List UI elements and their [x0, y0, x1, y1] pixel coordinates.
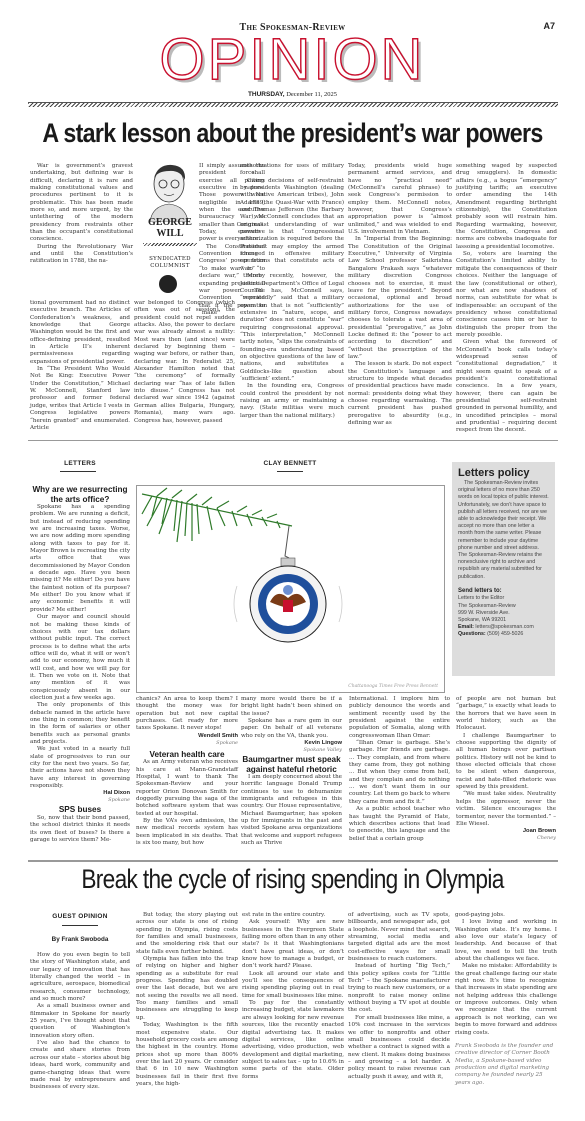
paragraph: Our mayor and council should not be maki… [30, 614, 130, 702]
policy-address: Letters to the Editor The Spokesman-Revi… [458, 595, 549, 638]
paragraph: many more would there be if a bright lig… [241, 696, 342, 718]
letter-location: Cheney [456, 835, 556, 841]
columnist-name: GEORGEWILL [138, 217, 202, 239]
letter-author: Joan Brown [456, 828, 556, 835]
guest-col-3: est rate in the entire country. Ask your… [242, 912, 344, 1081]
address-line: Letters to the Editor [458, 595, 549, 602]
paragraph: For small businesses like mine, a 10% co… [348, 1015, 450, 1081]
role-line: COLUMNIST [138, 263, 202, 270]
guest-opinion-underline [62, 925, 98, 926]
paragraph: Today, presidents wield huge permanent a… [348, 163, 452, 236]
paragraph: I challenge Baumgartner to choose suppor… [456, 733, 556, 792]
paragraph: I love living and working in Washington … [455, 919, 557, 963]
cartoon-credit: Chattanooga Times Free Press Bennett [348, 684, 438, 689]
paragraph: As an Army veteran who receives his care… [136, 759, 238, 818]
paragraph: authorizations for uses of military forc… [240, 163, 344, 178]
cartoon-underline [277, 471, 303, 472]
letter-baumgartner: many more would there be if a bright lig… [241, 696, 342, 848]
paragraph: Ask yourself: Why are new businesses in … [242, 919, 344, 970]
syndicate-logo-icon [159, 275, 177, 293]
letter-veteran: chanics? An area to keep them? I thought… [136, 696, 238, 847]
paragraph: In the founding era, Congress could cont… [240, 383, 344, 420]
letter-baumgartner-col2: International. I implore him to publicly… [349, 696, 450, 843]
paragraph: Look all around our state and you’ll see… [242, 971, 344, 1000]
credit-text: Chattanooga Times Free Press [348, 684, 418, 689]
letter-author: Wendell Smith [136, 733, 238, 740]
paragraph: But today, the story playing out across … [136, 912, 238, 956]
paragraph: “Ilhan Omar is garbage. She’s garbage. H… [349, 740, 450, 806]
section-title: OPINION [0, 30, 585, 90]
letters-policy-box: Letters policy The Spokesman-Review invi… [452, 462, 555, 676]
section-divider [28, 440, 558, 441]
questions-label: Questions: [458, 631, 486, 637]
dateline-day: THURSDAY, [248, 91, 285, 98]
letters-label: LETTERS [30, 460, 130, 467]
paragraph: By the VA’s own admission, the new medic… [136, 818, 238, 847]
paragraph: So, voters are learning the Constitution… [456, 251, 557, 339]
letter-location: Spokane [136, 740, 238, 746]
paragraph: To pay for the constantly increasing bud… [242, 1000, 344, 1081]
send-letters-label: Send letters to: [458, 588, 549, 596]
guest-byline: By Frank Swoboda [30, 936, 130, 943]
lead-col-1-bottom: tional government had no distinct execut… [30, 300, 130, 432]
paragraph: Make no mistake: Affordability is the gr… [455, 963, 557, 1036]
phone-number: (509) 459-5026 [487, 631, 523, 637]
paragraph: Olympia has fallen into the trap of rely… [136, 956, 238, 1022]
paragraph: tional government had no distinct execut… [30, 300, 130, 366]
lead-col-4: Today, presidents wield huge permanent a… [348, 163, 452, 427]
paragraph: So, now that their bond passed, the scho… [30, 815, 130, 844]
letter-arts-office: Why are we resurrecting the arts office?… [30, 485, 130, 844]
paragraph: something waged by suspected drug smuggl… [456, 163, 557, 251]
lead-headline: A stark lesson about the president’s war… [41, 118, 544, 149]
author-bio: Frank Swoboda is the founder and creativ… [455, 1043, 557, 1087]
paragraph: of advertising, such as TV spots, billbo… [348, 912, 450, 963]
columnist-first: GEORGE [138, 217, 202, 228]
guest-headline: Break the cycle of rising spending in Ol… [47, 864, 538, 895]
lead-col-2-bottom: war belonged to Congress (which often wa… [134, 300, 235, 425]
paragraph: International. I implore him to publicly… [349, 696, 450, 740]
paragraph: “We must take sides. Neutrality helps th… [456, 791, 556, 828]
lead-col-5: something waged by suspected drug smuggl… [456, 163, 557, 435]
address-line: Spokane, WA 99201 [458, 617, 549, 624]
guest-col-5: good-paying jobs. I love living and work… [455, 912, 557, 1087]
paragraph: chanics? An area to keep them? I thought… [136, 696, 238, 733]
dateline: THURSDAY, December 11, 2025 [0, 91, 585, 98]
cartoon-label: CLAY BENNETT [240, 460, 340, 467]
dateline-date: December 11, 2025 [286, 91, 337, 98]
paragraph: I’ve also had the chance to create and s… [30, 1040, 130, 1091]
email-link[interactable]: letters@spokesman.com [475, 624, 533, 630]
letter-author: Kevin Lingow [241, 740, 342, 747]
columnist-portrait [142, 162, 197, 222]
cartoonist-signature: Bennett [420, 684, 438, 689]
paragraph: war belonged to Congress (which often wa… [134, 300, 235, 425]
policy-body: The Spokesman-Review invites original le… [458, 480, 549, 581]
masthead-divider [28, 102, 558, 107]
section-divider [28, 860, 558, 862]
letters-underline [60, 471, 96, 472]
columnist-role: SYNDICATEDCOLUMNIST [138, 256, 202, 270]
letter-author: Hal Dixon [30, 790, 130, 797]
paragraph: Spokane has a spending problem. We are r… [30, 504, 130, 614]
guest-col-2: But today, the story playing out across … [136, 912, 238, 1088]
letter-location: Spokane Valley [241, 747, 342, 753]
byline-divider [143, 243, 197, 246]
letter-headline: Why are we resurrecting the arts office? [30, 485, 130, 504]
paragraph: During the Revolutionary War and until t… [30, 244, 133, 266]
editorial-cartoon: Chattanooga Times Free Press Bennett [136, 485, 445, 693]
paragraph: How do you even begin to tell the story … [30, 952, 130, 1003]
paragraph: The lesson is stark. Do not expect the C… [348, 361, 452, 427]
paragraph: In “Imperial from the Beginning: The Con… [348, 236, 452, 361]
letter-headline: Baumgartner must speak against hateful r… [241, 755, 342, 774]
paragraph: We just voted in a nearly full slate of … [30, 746, 130, 790]
paragraph: More recently, however, the Justice Depa… [240, 273, 344, 383]
paragraph: The only proponents of this debacle name… [30, 702, 130, 746]
paragraph: I am deeply concerned about the horrific… [241, 774, 342, 847]
paragraph: As a public school teacher who has taugh… [349, 806, 450, 843]
letter-headline: SPS buses [30, 805, 130, 815]
letter-headline: Veteran health care [136, 750, 238, 760]
paragraph: As a small business owner and filmmaker … [30, 1003, 130, 1040]
guest-col-4: of advertising, such as TV spots, billbo… [348, 912, 450, 1081]
email-label: Email: [458, 624, 474, 630]
paragraph: Given what the foreword of McConnell’s b… [456, 339, 557, 434]
paragraph: est rate in the entire country. [242, 912, 344, 919]
lead-col-3: authorizations for uses of military forc… [240, 163, 344, 420]
address-line: 999 W. Riverside Ave. [458, 610, 549, 617]
policy-title: Letters policy [458, 467, 549, 479]
lead-col-1-top: War is government’s gravest undertaking,… [30, 163, 133, 266]
guest-col-1: How do you even begin to tell the story … [30, 952, 130, 1092]
paragraph: Citing decisions of self-restraint by pr… [240, 178, 344, 273]
letter-location: Spokane [30, 797, 130, 803]
paragraph: Spokane has a rare gem in our paper. On … [241, 718, 342, 740]
paragraph: War is government’s gravest undertaking,… [30, 163, 133, 244]
paragraph: In “The President Who Would Not Be King:… [30, 366, 130, 432]
guest-opinion-label: GUEST OPINION [30, 913, 130, 920]
paragraph: Instead of hurting “Big Tech,” this poli… [348, 963, 450, 1014]
paragraph: of people are not human but “garbage,” i… [456, 696, 556, 733]
columnist-last: WILL [138, 228, 202, 239]
role-line: SYNDICATED [138, 256, 202, 263]
ornament-illustration [137, 486, 444, 692]
paragraph: good-paying jobs. [455, 912, 557, 919]
paragraph: Today, Washington is the fifth most expe… [136, 1022, 238, 1088]
address-line: The Spokesman-Review [458, 603, 549, 610]
letter-baumgartner-col3: of people are not human but “garbage,” i… [456, 696, 556, 841]
